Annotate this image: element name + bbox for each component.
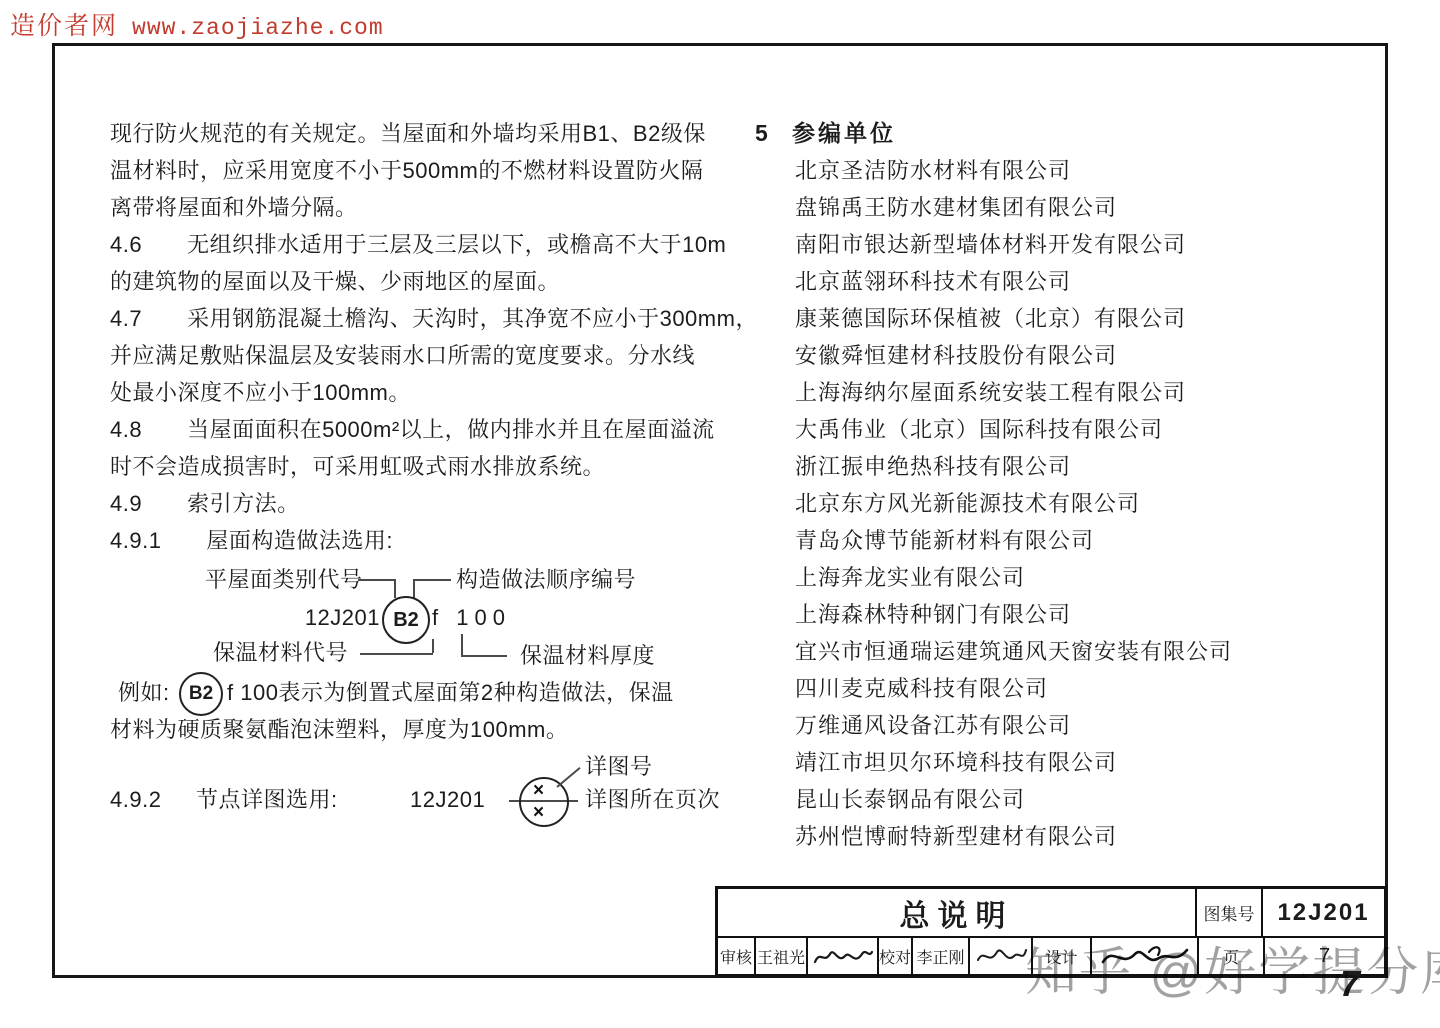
company-list: 北京圣洁防水材料有限公司盘锦禹王防水建材集团有限公司南阳市银达新型墙体材料开发有…: [795, 152, 1275, 855]
company-item: 康莱德国际环保植被（北京）有限公司: [795, 300, 1275, 337]
company-item: 盘锦禹王防水建材集团有限公司: [795, 189, 1275, 226]
diagram-label-material-thickness: 保温材料厚度: [520, 642, 655, 670]
diagram-label-roof-category: 平屋面类别代号: [205, 566, 363, 594]
node-detail-number: 4.9.2: [110, 786, 161, 814]
diagram-material-thickness-code: f 100: [432, 604, 511, 632]
atlas-number-value: 12J201: [1261, 889, 1384, 936]
sheet-title: 总说明: [718, 889, 1195, 936]
text-line: 现行防火规范的有关规定。当屋面和外墙均采用B1、B2级保: [110, 115, 710, 152]
diagram-leader-line: [461, 634, 463, 656]
reviewer-name: 王祖光: [754, 938, 806, 974]
text-line: 并应满足敷贴保温层及安装雨水口所需的宽度要求。分水线: [110, 337, 710, 374]
company-item: 大禹伟业（北京）国际科技有限公司: [795, 411, 1275, 448]
checker-name: 李正刚: [911, 938, 968, 974]
site-watermark: 造价者网www.zaojiazhe.com: [10, 6, 384, 42]
text-line: 离带将屋面和外墙分隔。: [110, 189, 710, 226]
example-prefix: 例如:: [118, 679, 170, 707]
text-line: 温材料时，应采用宽度不小于500mm的不燃材料设置防火隔: [110, 152, 710, 189]
checker-signature: [968, 938, 1031, 974]
company-item: 上海海纳尔屋面系统安装工程有限公司: [795, 374, 1275, 411]
section-5-number: 5: [755, 119, 768, 147]
reviewer-signature: [806, 938, 877, 974]
diagram-leader-line: [432, 639, 434, 653]
diagram-leader-line: [394, 579, 396, 598]
company-item: 青岛众博节能新材料有限公司: [795, 522, 1275, 559]
company-item: 上海森林特种钢门有限公司: [795, 596, 1275, 633]
diagram-leader-line: [360, 653, 433, 655]
text-line: 4.9.1 屋面构造做法选用:: [110, 522, 710, 559]
diagram-category-circle: B2: [382, 596, 430, 644]
detail-page-label: 详图所在页次: [585, 786, 720, 814]
zhihu-watermark: 知乎 @好学提分库: [1025, 930, 1440, 1005]
company-item: 万维通风设备江苏有限公司: [795, 707, 1275, 744]
diagram-label-material-code: 保温材料代号: [213, 639, 348, 667]
diagram-leader-line: [413, 579, 451, 581]
detail-number-label: 详图号: [585, 753, 653, 781]
company-item: 南阳市银达新型墙体材料开发有限公司: [795, 226, 1275, 263]
example-category-circle: B2: [179, 672, 223, 716]
diagram-atlas-code: 12J201: [300, 604, 380, 632]
atlas-number-label: 图集号: [1195, 889, 1261, 936]
example-line2: 材料为硬质聚氨酯泡沫塑料，厚度为100mm。: [110, 716, 568, 744]
section-5-heading: 参编单位: [792, 119, 896, 147]
company-item: 安徽舜恒建材科技股份有限公司: [795, 337, 1275, 374]
company-item: 昆山长泰钢品有限公司: [795, 781, 1275, 818]
company-item: 靖江市坦贝尔环境科技有限公司: [795, 744, 1275, 781]
diagram-leader-line: [461, 655, 507, 657]
detail-symbol-x-bottom: ×: [533, 803, 544, 822]
node-detail-label: 节点详图选用:: [196, 786, 338, 814]
text-line: 4.8 当屋面面积在5000m²以上，做内排水并且在屋面溢流: [110, 411, 710, 448]
company-item: 上海奔龙实业有限公司: [795, 559, 1275, 596]
detail-symbol-x-top: ×: [533, 781, 544, 800]
text-line: 处最小深度不应小于100mm。: [110, 374, 710, 411]
diagram-leader-line: [413, 579, 415, 598]
example-line1: f 100表示为倒置式屋面第2种构造做法，保温: [227, 679, 674, 707]
company-item: 宜兴市恒通瑞运建筑通风天窗安装有限公司: [795, 633, 1275, 670]
text-line: 4.7 采用钢筋混凝土檐沟、天沟时，其净宽不应小于300mm，: [110, 300, 710, 337]
company-item: 四川麦克威科技有限公司: [795, 670, 1275, 707]
text-line: 4.9 索引方法。: [110, 485, 710, 522]
site-watermark-name: 造价者网: [10, 12, 118, 40]
text-line: 时不会造成损害时，可采用虹吸式雨水排放系统。: [110, 448, 710, 485]
node-detail-atlas: 12J201: [410, 786, 485, 814]
company-item: 苏州恺博耐特新型建材有限公司: [795, 818, 1275, 855]
reviewer-label: 审核: [718, 938, 754, 974]
left-column-text: 现行防火规范的有关规定。当屋面和外墙均采用B1、B2级保温材料时，应采用宽度不小…: [110, 115, 710, 559]
site-watermark-url: www.zaojiazhe.com: [132, 15, 384, 41]
company-item: 北京东方风光新能源技术有限公司: [795, 485, 1275, 522]
company-item: 北京圣洁防水材料有限公司: [795, 152, 1275, 189]
checker-label: 校对: [877, 938, 911, 974]
text-line: 4.6 无组织排水适用于三层及三层以下，或檐高不大于10m: [110, 226, 710, 263]
company-item: 北京蓝翎环科技术有限公司: [795, 263, 1275, 300]
company-item: 浙江振申绝热科技有限公司: [795, 448, 1275, 485]
diagram-leader-line: [358, 579, 395, 581]
text-line: 的建筑物的屋面以及干燥、少雨地区的屋面。: [110, 263, 710, 300]
diagram-label-sequence-no: 构造做法顺序编号: [456, 566, 636, 594]
